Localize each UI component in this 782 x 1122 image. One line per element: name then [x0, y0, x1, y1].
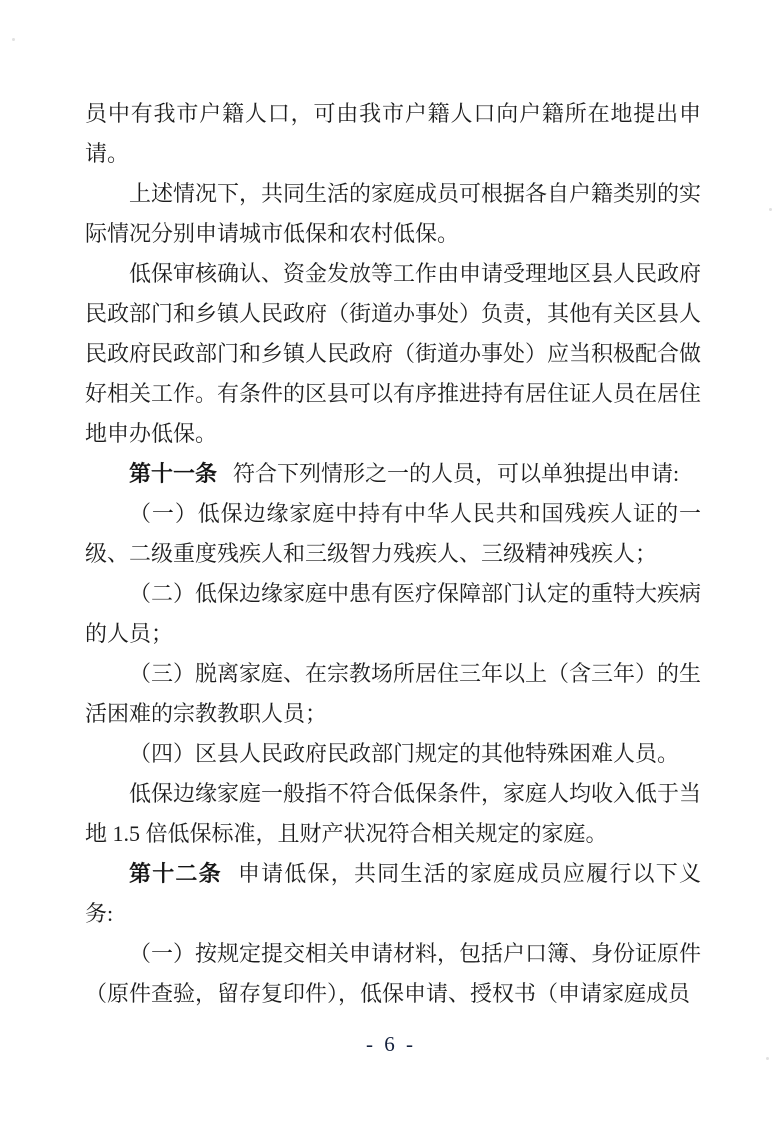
- page-number: - 6 -: [0, 1030, 782, 1058]
- paragraph: 第十二条申请低保，共同生活的家庭成员应履行以下义务:: [85, 854, 701, 934]
- paragraph: （一）按规定提交相关申请材料，包括户口簿、身份证原件（原件查验，留存复印件），低…: [85, 934, 701, 1014]
- document-page: 员中有我市户籍人口，可由我市户籍人口向户籍所在地提出申请。上述情况下，共同生活的…: [0, 0, 782, 1122]
- paragraph: （二）低保边缘家庭中患有医疗保障部门认定的重特大疾病的人员；: [85, 574, 701, 654]
- paragraph: 低保边缘家庭一般指不符合低保条件，家庭人均收入低于当地 1.5 倍低保标准，且财…: [85, 774, 701, 854]
- paragraph: 低保审核确认、资金发放等工作由申请受理地区县人民政府民政部门和乡镇人民政府（街道…: [85, 254, 701, 454]
- scan-speck: [769, 208, 772, 211]
- paragraph: 员中有我市户籍人口，可由我市户籍人口向户籍所在地提出申请。: [85, 94, 701, 174]
- paragraph: （一）低保边缘家庭中持有中华人民共和国残疾人证的一级、二级重度残疾人和三级智力残…: [85, 494, 701, 574]
- paragraph: （三）脱离家庭、在宗教场所居住三年以上（含三年）的生活困难的宗教教职人员；: [85, 654, 701, 734]
- document-body: 员中有我市户籍人口，可由我市户籍人口向户籍所在地提出申请。上述情况下，共同生活的…: [85, 94, 701, 1014]
- scan-speck: [766, 1057, 769, 1060]
- article-number: 第十二条: [129, 861, 222, 886]
- article-number: 第十一条: [129, 461, 217, 486]
- paragraph: （四）区县人民政府民政部门规定的其他特殊困难人员。: [85, 734, 701, 774]
- paragraph: 上述情况下，共同生活的家庭成员可根据各自户籍类别的实际情况分别申请城市低保和农村…: [85, 174, 701, 254]
- paragraph: 第十一条符合下列情形之一的人员，可以单独提出申请:: [85, 454, 701, 494]
- scan-speck: [12, 38, 15, 41]
